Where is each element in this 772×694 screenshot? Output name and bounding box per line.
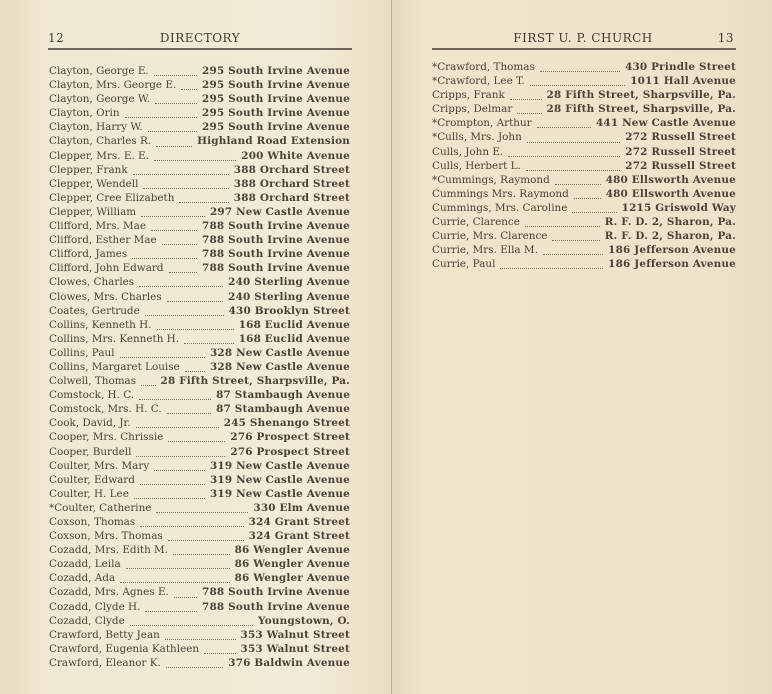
directory-entry: Coulter, Mrs. Mary319 New Castle Avenue — [49, 459, 350, 473]
entry-name: Coulter, H. Lee — [49, 487, 132, 501]
entry-name: Cummings, Mrs. Caroline — [432, 201, 570, 215]
directory-entry: Coxson, Mrs. Thomas324 Grant Street — [49, 529, 350, 543]
dot-leader — [139, 277, 223, 287]
directory-entry: Clepper, Frank388 Orchard Street — [49, 163, 350, 177]
entry-address: 441 New Castle Avenue — [593, 116, 736, 130]
entry-name: Clayton, Harry W. — [49, 120, 146, 134]
entry-name: Comstock, H. C. — [49, 388, 137, 402]
dot-leader — [555, 175, 601, 185]
directory-entry: Currie, ClarenceR. F. D. 2, Sharon, Pa. — [432, 215, 736, 229]
entry-address: 272 Russell Street — [622, 145, 736, 159]
dot-leader — [126, 559, 230, 569]
entry-address: 480 Ellsworth Avenue — [603, 187, 736, 201]
entry-name: Cozadd, Mrs. Agnes E. — [49, 585, 172, 599]
directory-entry: Currie, Paul186 Jefferson Avenue — [432, 257, 736, 271]
directory-entry: Clifford, James788 South Irvine Avenue — [49, 247, 350, 261]
directory-entry: Colwell, Thomas28 Fifth Street, Sharpsvi… — [49, 374, 350, 388]
entry-name: *Coulter, Catherine — [49, 501, 154, 515]
directory-entry: Clayton, George W.295 South Irvine Avenu… — [49, 92, 350, 106]
directory-entry: Clifford, Mrs. Mae788 South Irvine Avenu… — [49, 219, 350, 233]
entry-address: 86 Wengler Avenue — [232, 543, 350, 557]
dot-leader — [136, 418, 219, 428]
directory-entry: Culls, Herbert L.272 Russell Street — [432, 159, 736, 173]
entry-name: Currie, Paul — [432, 257, 498, 271]
dot-leader — [185, 362, 205, 372]
entry-name: Coates, Gertrude — [49, 304, 143, 318]
directory-entry: Coates, Gertrude430 Brooklyn Street — [49, 304, 350, 318]
running-head: DIRECTORY — [48, 31, 352, 45]
entry-address: 240 Sterling Avenue — [225, 290, 350, 304]
entry-address: 276 Prospect Street — [227, 430, 350, 444]
directory-entry: Clepper, Wendell388 Orchard Street — [49, 177, 350, 191]
directory-entry: Clayton, Harry W.295 South Irvine Avenue — [49, 120, 350, 134]
directory-entry: Cripps, Frank28 Fifth Street, Sharpsvill… — [432, 88, 736, 102]
directory-entry: Clifford, Esther Mae788 South Irvine Ave… — [49, 233, 350, 247]
entry-address: 353 Walnut Street — [238, 628, 350, 642]
dot-leader — [132, 249, 197, 259]
entry-address: 788 South Irvine Avenue — [199, 233, 350, 247]
directory-entry: Crawford, Betty Jean353 Walnut Street — [49, 628, 350, 642]
entry-name: Coxson, Thomas — [49, 515, 138, 529]
directory-entry: Currie, Mrs. Ella M.186 Jefferson Avenue — [432, 243, 736, 257]
entry-address: 200 White Avenue — [238, 149, 350, 163]
entry-name: Coulter, Edward — [49, 473, 138, 487]
dot-leader — [181, 80, 197, 90]
dot-leader — [543, 245, 603, 255]
left-page-header: 12 DIRECTORY — [48, 30, 352, 46]
entry-name: *Crompton, Arthur — [432, 116, 535, 130]
entry-name: Cooper, Burdell — [49, 445, 134, 459]
dot-leader — [174, 588, 197, 598]
entry-name: Crawford, Eleanor K. — [49, 656, 164, 670]
entry-address: 788 South Irvine Avenue — [199, 247, 350, 261]
directory-entry: Clayton, Charles R.Highland Road Extensi… — [49, 134, 350, 148]
entry-name: Currie, Clarence — [432, 215, 523, 229]
entry-name: Collins, Paul — [49, 346, 118, 360]
dot-leader — [140, 517, 243, 527]
dot-leader — [155, 94, 197, 104]
entry-name: Culls, John E. — [432, 145, 506, 159]
dot-leader — [162, 235, 197, 245]
dot-leader — [552, 231, 599, 241]
directory-entry: Collins, Kenneth H.168 Euclid Avenue — [49, 318, 350, 332]
entry-name: Clifford, John Edward — [49, 261, 167, 275]
entry-name: Clayton, George E. — [49, 64, 152, 78]
entry-address: 388 Orchard Street — [231, 191, 350, 205]
directory-entry: Clowes, Mrs. Charles240 Sterling Avenue — [49, 290, 350, 304]
entry-name: Clifford, Esther Mae — [49, 233, 160, 247]
entry-address: 295 South Irvine Avenue — [199, 120, 350, 134]
entry-address: Highland Road Extension — [194, 134, 350, 148]
entry-address: 245 Shenango Street — [221, 416, 350, 430]
entry-name: Clepper, Mrs. E. E. — [49, 149, 152, 163]
entry-address: 186 Jefferson Avenue — [605, 257, 736, 271]
entry-name: *Crawford, Thomas — [432, 60, 538, 74]
entry-name: Currie, Mrs. Ella M. — [432, 243, 541, 257]
entry-name: Clifford, Mrs. Mae — [49, 219, 149, 233]
directory-entry: Coxson, Thomas324 Grant Street — [49, 515, 350, 529]
dot-leader — [133, 165, 229, 175]
dot-leader — [184, 334, 234, 344]
entry-name: Clowes, Mrs. Charles — [49, 290, 165, 304]
entry-address: 319 New Castle Avenue — [207, 487, 350, 501]
entry-address: 272 Russell Street — [622, 130, 736, 144]
dot-leader — [143, 179, 228, 189]
entry-address: 168 Euclid Avenue — [236, 332, 350, 346]
directory-entry: Crawford, Eleanor K.376 Baldwin Avenue — [49, 656, 350, 670]
dot-leader — [120, 348, 205, 358]
directory-entry: Cozadd, Clyde H.788 South Irvine Avenue — [49, 600, 350, 614]
directory-entry: *Crompton, Arthur441 New Castle Avenue — [432, 116, 736, 130]
entry-name: Cripps, Delmar — [432, 102, 515, 116]
entry-address: 376 Baldwin Avenue — [225, 656, 350, 670]
dot-leader — [125, 108, 197, 118]
entry-address: 319 New Castle Avenue — [207, 459, 350, 473]
entry-address: 28 Fifth Street, Sharpsville, Pa. — [158, 374, 350, 388]
dot-leader — [173, 545, 230, 555]
dot-leader — [151, 221, 197, 231]
entry-name: Culls, Herbert L. — [432, 159, 524, 173]
dot-leader — [154, 151, 236, 161]
entry-name: *Culls, Mrs. John — [432, 130, 525, 144]
entry-name: Cummings Mrs. Raymond — [432, 187, 572, 201]
entry-address: 788 South Irvine Avenue — [199, 600, 350, 614]
dot-leader — [517, 104, 541, 114]
entry-name: Coxson, Mrs. Thomas — [49, 529, 166, 543]
dot-leader — [154, 461, 205, 471]
dot-leader — [134, 489, 205, 499]
entry-name: Currie, Mrs. Clarence — [432, 229, 550, 243]
entry-address: 87 Stambaugh Avenue — [213, 388, 350, 402]
dot-leader — [148, 122, 197, 132]
dot-leader — [140, 475, 205, 485]
dot-leader — [574, 189, 601, 199]
dot-leader — [168, 432, 225, 442]
entry-name: Crawford, Betty Jean — [49, 628, 163, 642]
entry-address: 297 New Castle Avenue — [207, 205, 350, 219]
entry-address: R. F. D. 2, Sharon, Pa. — [602, 229, 736, 243]
running-head: FIRST U. P. CHURCH — [432, 31, 734, 45]
header-rule — [432, 48, 736, 50]
entry-address: 788 South Irvine Avenue — [199, 585, 350, 599]
entry-address: 295 South Irvine Avenue — [199, 64, 350, 78]
entry-address: 28 Fifth Street, Sharpsville, Pa. — [544, 88, 736, 102]
dot-leader — [526, 161, 620, 171]
directory-entry: Cozadd, Mrs. Edith M.86 Wengler Avenue — [49, 543, 350, 557]
directory-entry: Clayton, Orin295 South Irvine Avenue — [49, 106, 350, 120]
directory-entry: Clifford, John Edward788 South Irvine Av… — [49, 261, 350, 275]
dot-leader — [525, 217, 600, 227]
entry-address: R. F. D. 2, Sharon, Pa. — [602, 215, 736, 229]
directory-entry: Crawford, Eugenia Kathleen353 Walnut Str… — [49, 642, 350, 656]
entry-name: Cozadd, Clyde H. — [49, 600, 143, 614]
entry-name: Crawford, Eugenia Kathleen — [49, 642, 202, 656]
dot-leader — [572, 203, 616, 213]
entry-name: Cozadd, Leila — [49, 557, 124, 571]
entry-address: 788 South Irvine Avenue — [199, 261, 350, 275]
entry-name: Comstock, Mrs. H. C. — [49, 402, 165, 416]
dot-leader — [527, 133, 621, 143]
entry-name: Collins, Mrs. Kenneth H. — [49, 332, 182, 346]
dot-leader — [537, 118, 591, 128]
dot-leader — [156, 137, 192, 147]
entry-name: Clayton, Charles R. — [49, 134, 154, 148]
entry-address: 430 Prindle Street — [622, 60, 736, 74]
directory-list-left: Clayton, George E.295 South Irvine Avenu… — [49, 64, 350, 670]
dot-leader — [168, 531, 244, 541]
directory-entry: Cozadd, Ada86 Wengler Avenue — [49, 571, 350, 585]
directory-entry: *Coulter, Catherine330 Elm Avenue — [49, 501, 350, 515]
entry-name: Collins, Kenneth H. — [49, 318, 155, 332]
directory-entry: Collins, Paul328 New Castle Avenue — [49, 346, 350, 360]
dot-leader — [510, 90, 542, 100]
directory-entry: Clayton, George E.295 South Irvine Avenu… — [49, 64, 350, 78]
entry-address: 330 Elm Avenue — [250, 501, 350, 515]
dot-leader — [136, 447, 225, 457]
entry-name: Clepper, Cree Elizabeth — [49, 191, 177, 205]
entry-address: 324 Grant Street — [246, 529, 350, 543]
entry-address: 86 Wengler Avenue — [232, 571, 350, 585]
dot-leader — [179, 193, 228, 203]
directory-entry: Clayton, Mrs. George E.295 South Irvine … — [49, 78, 350, 92]
directory-entry: Cook, David, Jr.245 Shenango Street — [49, 416, 350, 430]
directory-entry: Clepper, William297 New Castle Avenue — [49, 205, 350, 219]
entry-name: Colwell, Thomas — [49, 374, 139, 388]
directory-entry: *Culls, Mrs. John272 Russell Street — [432, 130, 736, 144]
entry-name: Cozadd, Mrs. Edith M. — [49, 543, 171, 557]
entry-address: 328 New Castle Avenue — [207, 346, 350, 360]
entry-address: 1011 Hall Avenue — [627, 74, 736, 88]
dot-leader — [157, 320, 234, 330]
dot-leader — [167, 404, 211, 414]
entry-name: Clayton, Orin — [49, 106, 123, 120]
directory-list-right: *Crawford, Thomas430 Prindle Street*Craw… — [432, 60, 736, 271]
directory-entry: Culls, John E.272 Russell Street — [432, 145, 736, 159]
entry-address: 353 Walnut Street — [238, 642, 350, 656]
entry-name: Cozadd, Clyde — [49, 614, 128, 628]
directory-entry: Coulter, Edward319 New Castle Avenue — [49, 473, 350, 487]
entry-name: Collins, Margaret Louise — [49, 360, 183, 374]
dot-leader — [500, 259, 603, 269]
right-page: FIRST U. P. CHURCH 13 *Crawford, Thomas4… — [392, 0, 772, 694]
entry-address: 388 Orchard Street — [231, 177, 350, 191]
entry-address: 324 Grant Street — [246, 515, 350, 529]
dot-leader — [156, 503, 248, 513]
directory-entry: Cooper, Mrs. Chrissie276 Prospect Street — [49, 430, 350, 444]
page-number: 13 — [718, 31, 734, 45]
entry-address: 86 Wengler Avenue — [232, 557, 350, 571]
dot-leader — [204, 644, 235, 654]
entry-name: Cozadd, Ada — [49, 571, 118, 585]
entry-name: Clepper, Frank — [49, 163, 131, 177]
dot-leader — [169, 263, 198, 273]
entry-name: *Crawford, Lee T. — [432, 74, 528, 88]
dot-leader — [167, 292, 223, 302]
entry-address: 186 Jefferson Avenue — [605, 243, 736, 257]
directory-entry: *Cummings, Raymond480 Ellsworth Avenue — [432, 173, 736, 187]
entry-address: 28 Fifth Street, Sharpsville, Pa. — [544, 102, 736, 116]
entry-address: 295 South Irvine Avenue — [199, 92, 350, 106]
entry-address: 319 New Castle Avenue — [207, 473, 350, 487]
dot-leader — [141, 207, 205, 217]
directory-entry: Currie, Mrs. ClarenceR. F. D. 2, Sharon,… — [432, 229, 736, 243]
entry-name: Clowes, Charles — [49, 275, 137, 289]
entry-address: 480 Ellsworth Avenue — [603, 173, 736, 187]
entry-address: Youngstown, O. — [255, 614, 350, 628]
entry-address: 328 New Castle Avenue — [207, 360, 350, 374]
directory-entry: Cozadd, Mrs. Agnes E.788 South Irvine Av… — [49, 585, 350, 599]
entry-name: *Cummings, Raymond — [432, 173, 553, 187]
directory-entry: Cozadd, ClydeYoungstown, O. — [49, 614, 350, 628]
entry-address: 1215 Griswold Way — [619, 201, 736, 215]
directory-entry: Cripps, Delmar28 Fifth Street, Sharpsvil… — [432, 102, 736, 116]
entry-name: Cooper, Mrs. Chrissie — [49, 430, 166, 444]
directory-entry: *Crawford, Lee T.1011 Hall Avenue — [432, 74, 736, 88]
dot-leader — [145, 306, 224, 316]
directory-entry: Cummings, Mrs. Caroline1215 Griswold Way — [432, 201, 736, 215]
dot-leader — [130, 616, 253, 626]
directory-entry: Cummings Mrs. Raymond480 Ellsworth Avenu… — [432, 187, 736, 201]
dot-leader — [141, 376, 155, 386]
entry-address: 168 Euclid Avenue — [236, 318, 350, 332]
right-page-header: FIRST U. P. CHURCH 13 — [432, 30, 734, 46]
directory-entry: Clepper, Cree Elizabeth388 Orchard Stree… — [49, 191, 350, 205]
directory-entry: *Crawford, Thomas430 Prindle Street — [432, 60, 736, 74]
entry-name: Cripps, Frank — [432, 88, 508, 102]
entry-address: 788 South Irvine Avenue — [199, 219, 350, 233]
dot-leader — [508, 147, 620, 157]
directory-entry: Cooper, Burdell276 Prospect Street — [49, 445, 350, 459]
directory-entry: Coulter, H. Lee319 New Castle Avenue — [49, 487, 350, 501]
dot-leader — [145, 602, 197, 612]
entry-name: Clayton, Mrs. George E. — [49, 78, 179, 92]
directory-entry: Cozadd, Leila86 Wengler Avenue — [49, 557, 350, 571]
entry-address: 295 South Irvine Avenue — [199, 106, 350, 120]
directory-entry: Comstock, H. C.87 Stambaugh Avenue — [49, 388, 350, 402]
header-rule — [48, 48, 352, 50]
entry-address: 87 Stambaugh Avenue — [213, 402, 350, 416]
left-page: 12 DIRECTORY Clayton, George E.295 South… — [0, 0, 392, 694]
dot-leader — [165, 630, 236, 640]
entry-name: Clayton, George W. — [49, 92, 153, 106]
directory-entry: Collins, Mrs. Kenneth H.168 Euclid Avenu… — [49, 332, 350, 346]
entry-address: 276 Prospect Street — [227, 445, 350, 459]
entry-name: Clepper, Wendell — [49, 177, 141, 191]
directory-entry: Collins, Margaret Louise328 New Castle A… — [49, 360, 350, 374]
dot-leader — [166, 658, 223, 668]
dot-leader — [139, 390, 211, 400]
dot-leader — [120, 573, 229, 583]
entry-name: Clifford, James — [49, 247, 130, 261]
directory-entry: Comstock, Mrs. H. C.87 Stambaugh Avenue — [49, 402, 350, 416]
entry-address: 295 South Irvine Avenue — [199, 78, 350, 92]
entry-address: 272 Russell Street — [622, 159, 736, 173]
dot-leader — [530, 76, 625, 86]
entry-name: Clepper, William — [49, 205, 139, 219]
entry-address: 240 Sterling Avenue — [225, 275, 350, 289]
entry-name: Coulter, Mrs. Mary — [49, 459, 152, 473]
entry-address: 388 Orchard Street — [231, 163, 350, 177]
book-spread: 12 DIRECTORY Clayton, George E.295 South… — [0, 0, 772, 694]
directory-entry: Clepper, Mrs. E. E.200 White Avenue — [49, 149, 350, 163]
directory-entry: Clowes, Charles240 Sterling Avenue — [49, 275, 350, 289]
dot-leader — [540, 62, 620, 72]
dot-leader — [154, 66, 197, 76]
entry-address: 430 Brooklyn Street — [226, 304, 350, 318]
entry-name: Cook, David, Jr. — [49, 416, 134, 430]
